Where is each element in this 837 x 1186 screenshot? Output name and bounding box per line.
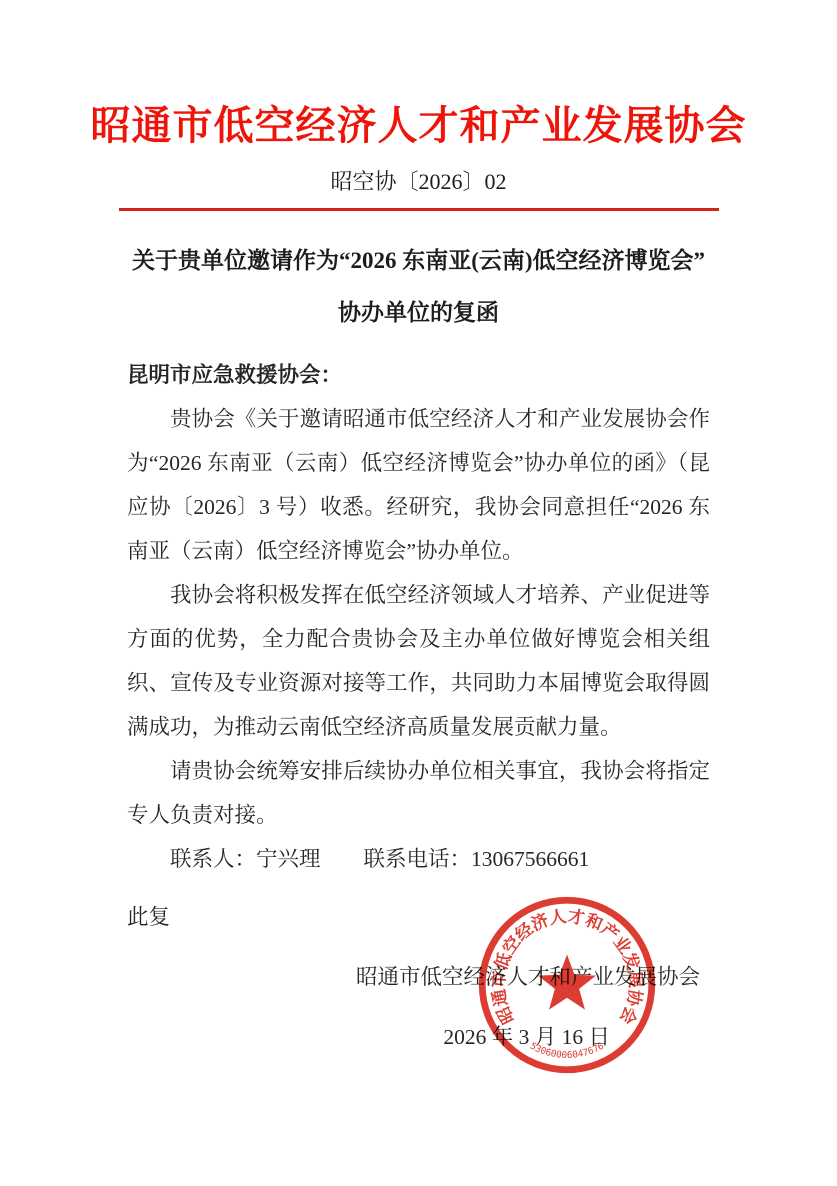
contact-person-label: 联系人： (170, 847, 256, 871)
body-paragraph-3: 请贵协会统筹安排后续协办单位相关事宜，我协会将指定专人负责对接。 (127, 749, 710, 837)
contact-person-name: 宁兴理 (256, 847, 321, 871)
doc-title-line2: 协办单位的复函 (0, 287, 837, 339)
letter-body: 昆明市应急救援协会： 贵协会《关于邀请昭通市低空经济人才和产业发展协会作为“20… (127, 353, 710, 1059)
signature-org-name: 昭通市低空经济人才和产业发展协会 (127, 955, 710, 999)
closing-phrase: 此复 (127, 895, 710, 939)
signature-date: 2026 年 3 月 16 日 (127, 1015, 710, 1059)
document-page: 昭通市低空经济人才和产业发展协会 昭空协〔2026〕02 关于贵单位邀请作为“2… (0, 0, 837, 1186)
doc-title: 关于贵单位邀请作为“2026 东南亚(云南)低空经济博览会” 协办单位的复函 (0, 235, 837, 339)
contact-line: 联系人：宁兴理联系电话：13067566661 (127, 837, 710, 881)
doc-title-line1: 关于贵单位邀请作为“2026 东南亚(云南)低空经济博览会” (0, 235, 837, 287)
letterhead: 昭通市低空经济人才和产业发展协会 昭空协〔2026〕02 (0, 0, 837, 211)
addressee: 昆明市应急救援协会： (127, 353, 710, 397)
red-separator-rule (119, 208, 719, 211)
contact-phone-label: 联系电话： (364, 847, 472, 871)
body-paragraph-1: 贵协会《关于邀请昭通市低空经济人才和产业发展协会作为“2026 东南亚（云南）低… (127, 397, 710, 573)
doc-number: 昭空协〔2026〕02 (0, 168, 837, 196)
body-paragraph-2: 我协会将积极发挥在低空经济领域人才培养、产业促进等方面的优势，全力配合贵协会及主… (127, 573, 710, 749)
contact-phone-number: 13067566661 (471, 847, 589, 871)
letterhead-org-name: 昭通市低空经济人才和产业发展协会 (0, 100, 837, 152)
